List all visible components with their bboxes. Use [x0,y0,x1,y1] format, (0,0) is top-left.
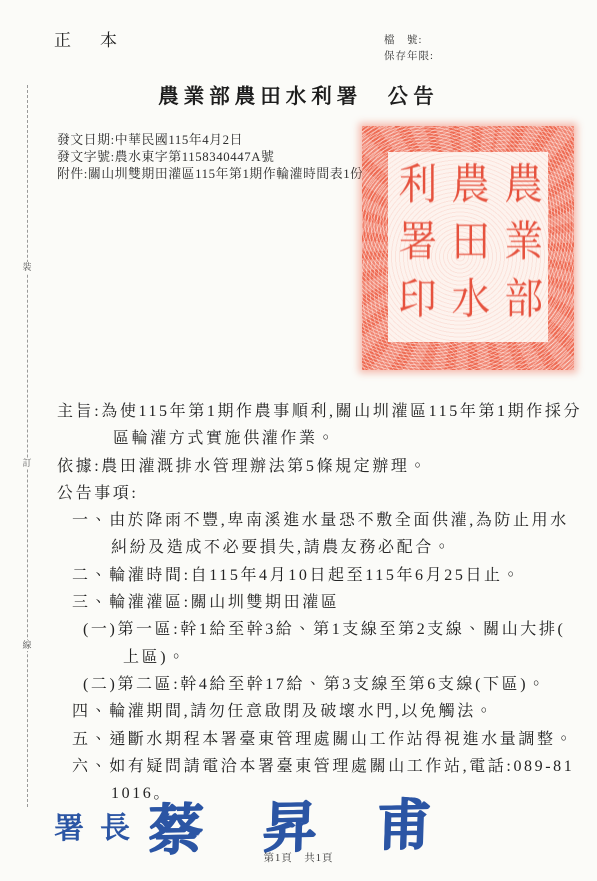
body-line: 二、輪灌時間:自115年4月10日起至115年6月25日止。 [57,562,582,589]
document-page: 裝 訂 線 正 本 檔 號: 保存年限: 農業部農田水利署 公告 發文日期:中華… [0,0,597,881]
body-line: 上區)。 [57,644,582,671]
body-line: 六、如有疑問請電洽本署臺東管理處關山工作站,電話:089-81 [57,753,582,780]
seal-script-column: 利署印 [395,161,434,332]
binding-mark: 訂 [19,458,35,469]
binding-mark: 線 [19,640,35,651]
announcement-body: 主旨:為使115年第1期作農事順利,關山圳灌區115年第1期作採分 區輪灌方式實… [57,398,582,807]
page-number-footer: 第1頁 共1頁 [0,850,597,865]
body-line: 四、輪灌期間,請勿任意啟閉及破壞水門,以免觸法。 [57,698,582,725]
body-line: 三、輪灌灌區:關山圳雙期田灌區 [57,589,582,616]
meta-line: 發文字號:農水東字第1158340447A號 [57,149,364,166]
meta-line: 發文日期:中華民國115年4月2日 [57,132,364,149]
body-line: 五、通斷水期程本署臺東管理處關山工作站得視進水量調整。 [57,726,582,753]
body-line: 依據:農田灌溉排水管理辦法第5條規定辦理。 [57,453,582,480]
copy-type-label: 正 本 [54,26,123,51]
body-line: (一)第一區:幹1給至幹3給、第1支線至第2支線、關山大排( [57,616,582,643]
body-line: 主旨:為使115年第1期作農事順利,關山圳灌區115年第1期作採分 [57,398,582,425]
body-line: 糾紛及造成不必要損失,請農友務必配合。 [57,534,582,561]
body-line: 公告事項: [57,480,582,507]
seal-script-column: 農業部 [502,161,541,332]
official-red-seal: 農業部 農田水 利署印 [362,126,574,370]
meta-line: 附件:關山圳雙期田灌區115年第1期作輪灌時間表1份 [57,166,364,183]
binding-dashed-line [27,85,28,807]
body-line: (二)第二區:幹4給至幹17給、第3支線至第6支線(下區)。 [57,671,582,698]
file-number-label: 檔 號: [384,33,434,49]
binding-mark: 裝 [19,262,35,273]
document-title: 農業部農田水利署 公告 [0,79,597,109]
file-number-block: 檔 號: 保存年限: [384,33,434,64]
signature-block: 署長 蔡 昇 甫 [52,787,472,859]
body-line: 區輪灌方式實施供灌作業。 [57,425,582,452]
seal-script-column: 農田水 [449,161,488,332]
seal-inner-face: 農業部 農田水 利署印 [388,152,548,342]
signer-title: 署長 [54,803,146,848]
body-line: 一、由於降雨不豐,卑南溪進水量恐不敷全面供灌,為防止用水 [57,507,582,534]
document-meta: 發文日期:中華民國115年4月2日 發文字號:農水東字第1158340447A號… [57,132,364,184]
retention-period-label: 保存年限: [384,49,434,65]
